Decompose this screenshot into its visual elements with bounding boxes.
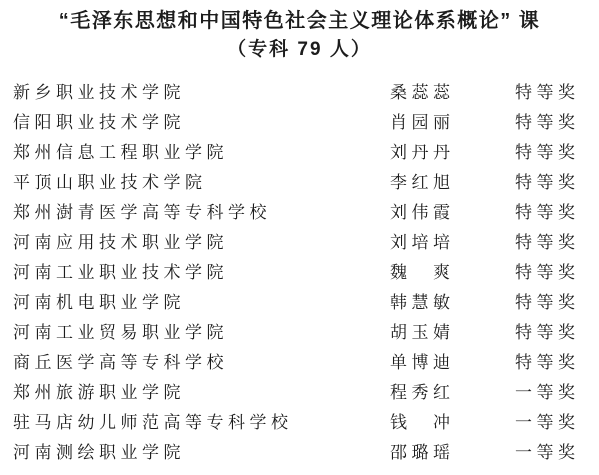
table-row: 郑州澍青医学高等专科学校刘伟霞特等奖 [0, 198, 599, 228]
award-level-cell: 特等奖 [515, 138, 599, 168]
student-name-cell: 单博迪 [390, 348, 515, 378]
page-subtitle: （专科 79 人） [0, 36, 599, 63]
award-level-cell: 特等奖 [515, 108, 599, 138]
student-name-cell: 桑蕊蕊 [390, 78, 515, 108]
student-name-cell: 魏 爽 [390, 258, 515, 288]
award-level-cell: 一等奖 [515, 408, 599, 438]
student-name-cell: 邵璐瑶 [390, 438, 515, 468]
table-row: 新乡职业技术学院桑蕊蕊特等奖 [0, 78, 599, 108]
student-name-cell: 韩慧敏 [390, 288, 515, 318]
student-name-cell: 钱 冲 [390, 408, 515, 438]
table-row: 平顶山职业技术学院李红旭特等奖 [0, 168, 599, 198]
student-name-cell: 刘培培 [390, 228, 515, 258]
award-level-cell: 特等奖 [515, 78, 599, 108]
award-level-cell: 特等奖 [515, 198, 599, 228]
student-name-cell: 刘伟霞 [390, 198, 515, 228]
award-level-cell: 特等奖 [515, 288, 599, 318]
award-table: 新乡职业技术学院桑蕊蕊特等奖信阳职业技术学院肖园丽特等奖郑州信息工程职业学院刘丹… [0, 78, 599, 468]
school-name-cell: 河南工业职业技术学院 [0, 258, 390, 288]
school-name-cell: 驻马店幼儿师范高等专科学校 [0, 408, 390, 438]
scanned-document-page: “毛泽东思想和中国特色社会主义理论体系概论” 课 （专科 79 人） 新乡职业技… [0, 0, 599, 475]
table-row: 河南机电职业学院韩慧敏特等奖 [0, 288, 599, 318]
school-name-cell: 平顶山职业技术学院 [0, 168, 390, 198]
table-row: 河南工业职业技术学院魏 爽特等奖 [0, 258, 599, 288]
page-title: “毛泽东思想和中国特色社会主义理论体系概论” 课 [0, 7, 599, 35]
student-name-cell: 肖园丽 [390, 108, 515, 138]
award-level-cell: 一等奖 [515, 438, 599, 468]
student-name-cell: 程秀红 [390, 378, 515, 408]
school-name-cell: 河南机电职业学院 [0, 288, 390, 318]
school-name-cell: 新乡职业技术学院 [0, 78, 390, 108]
school-name-cell: 郑州信息工程职业学院 [0, 138, 390, 168]
award-level-cell: 特等奖 [515, 168, 599, 198]
school-name-cell: 郑州旅游职业学院 [0, 378, 390, 408]
table-row: 信阳职业技术学院肖园丽特等奖 [0, 108, 599, 138]
award-level-cell: 特等奖 [515, 258, 599, 288]
student-name-cell: 刘丹丹 [390, 138, 515, 168]
table-row: 河南测绘职业学院邵璐瑶一等奖 [0, 438, 599, 468]
table-row: 郑州旅游职业学院程秀红一等奖 [0, 378, 599, 408]
table-row: 郑州信息工程职业学院刘丹丹特等奖 [0, 138, 599, 168]
award-level-cell: 一等奖 [515, 378, 599, 408]
school-name-cell: 郑州澍青医学高等专科学校 [0, 198, 390, 228]
award-level-cell: 特等奖 [515, 228, 599, 258]
student-name-cell: 李红旭 [390, 168, 515, 198]
table-row: 河南应用技术职业学院刘培培特等奖 [0, 228, 599, 258]
school-name-cell: 河南应用技术职业学院 [0, 228, 390, 258]
school-name-cell: 河南工业贸易职业学院 [0, 318, 390, 348]
school-name-cell: 信阳职业技术学院 [0, 108, 390, 138]
award-level-cell: 特等奖 [515, 348, 599, 378]
student-name-cell: 胡玉婧 [390, 318, 515, 348]
table-row: 河南工业贸易职业学院胡玉婧特等奖 [0, 318, 599, 348]
table-row: 商丘医学高等专科学校单博迪特等奖 [0, 348, 599, 378]
school-name-cell: 商丘医学高等专科学校 [0, 348, 390, 378]
award-level-cell: 特等奖 [515, 318, 599, 348]
school-name-cell: 河南测绘职业学院 [0, 438, 390, 468]
table-row: 驻马店幼儿师范高等专科学校钱 冲一等奖 [0, 408, 599, 438]
